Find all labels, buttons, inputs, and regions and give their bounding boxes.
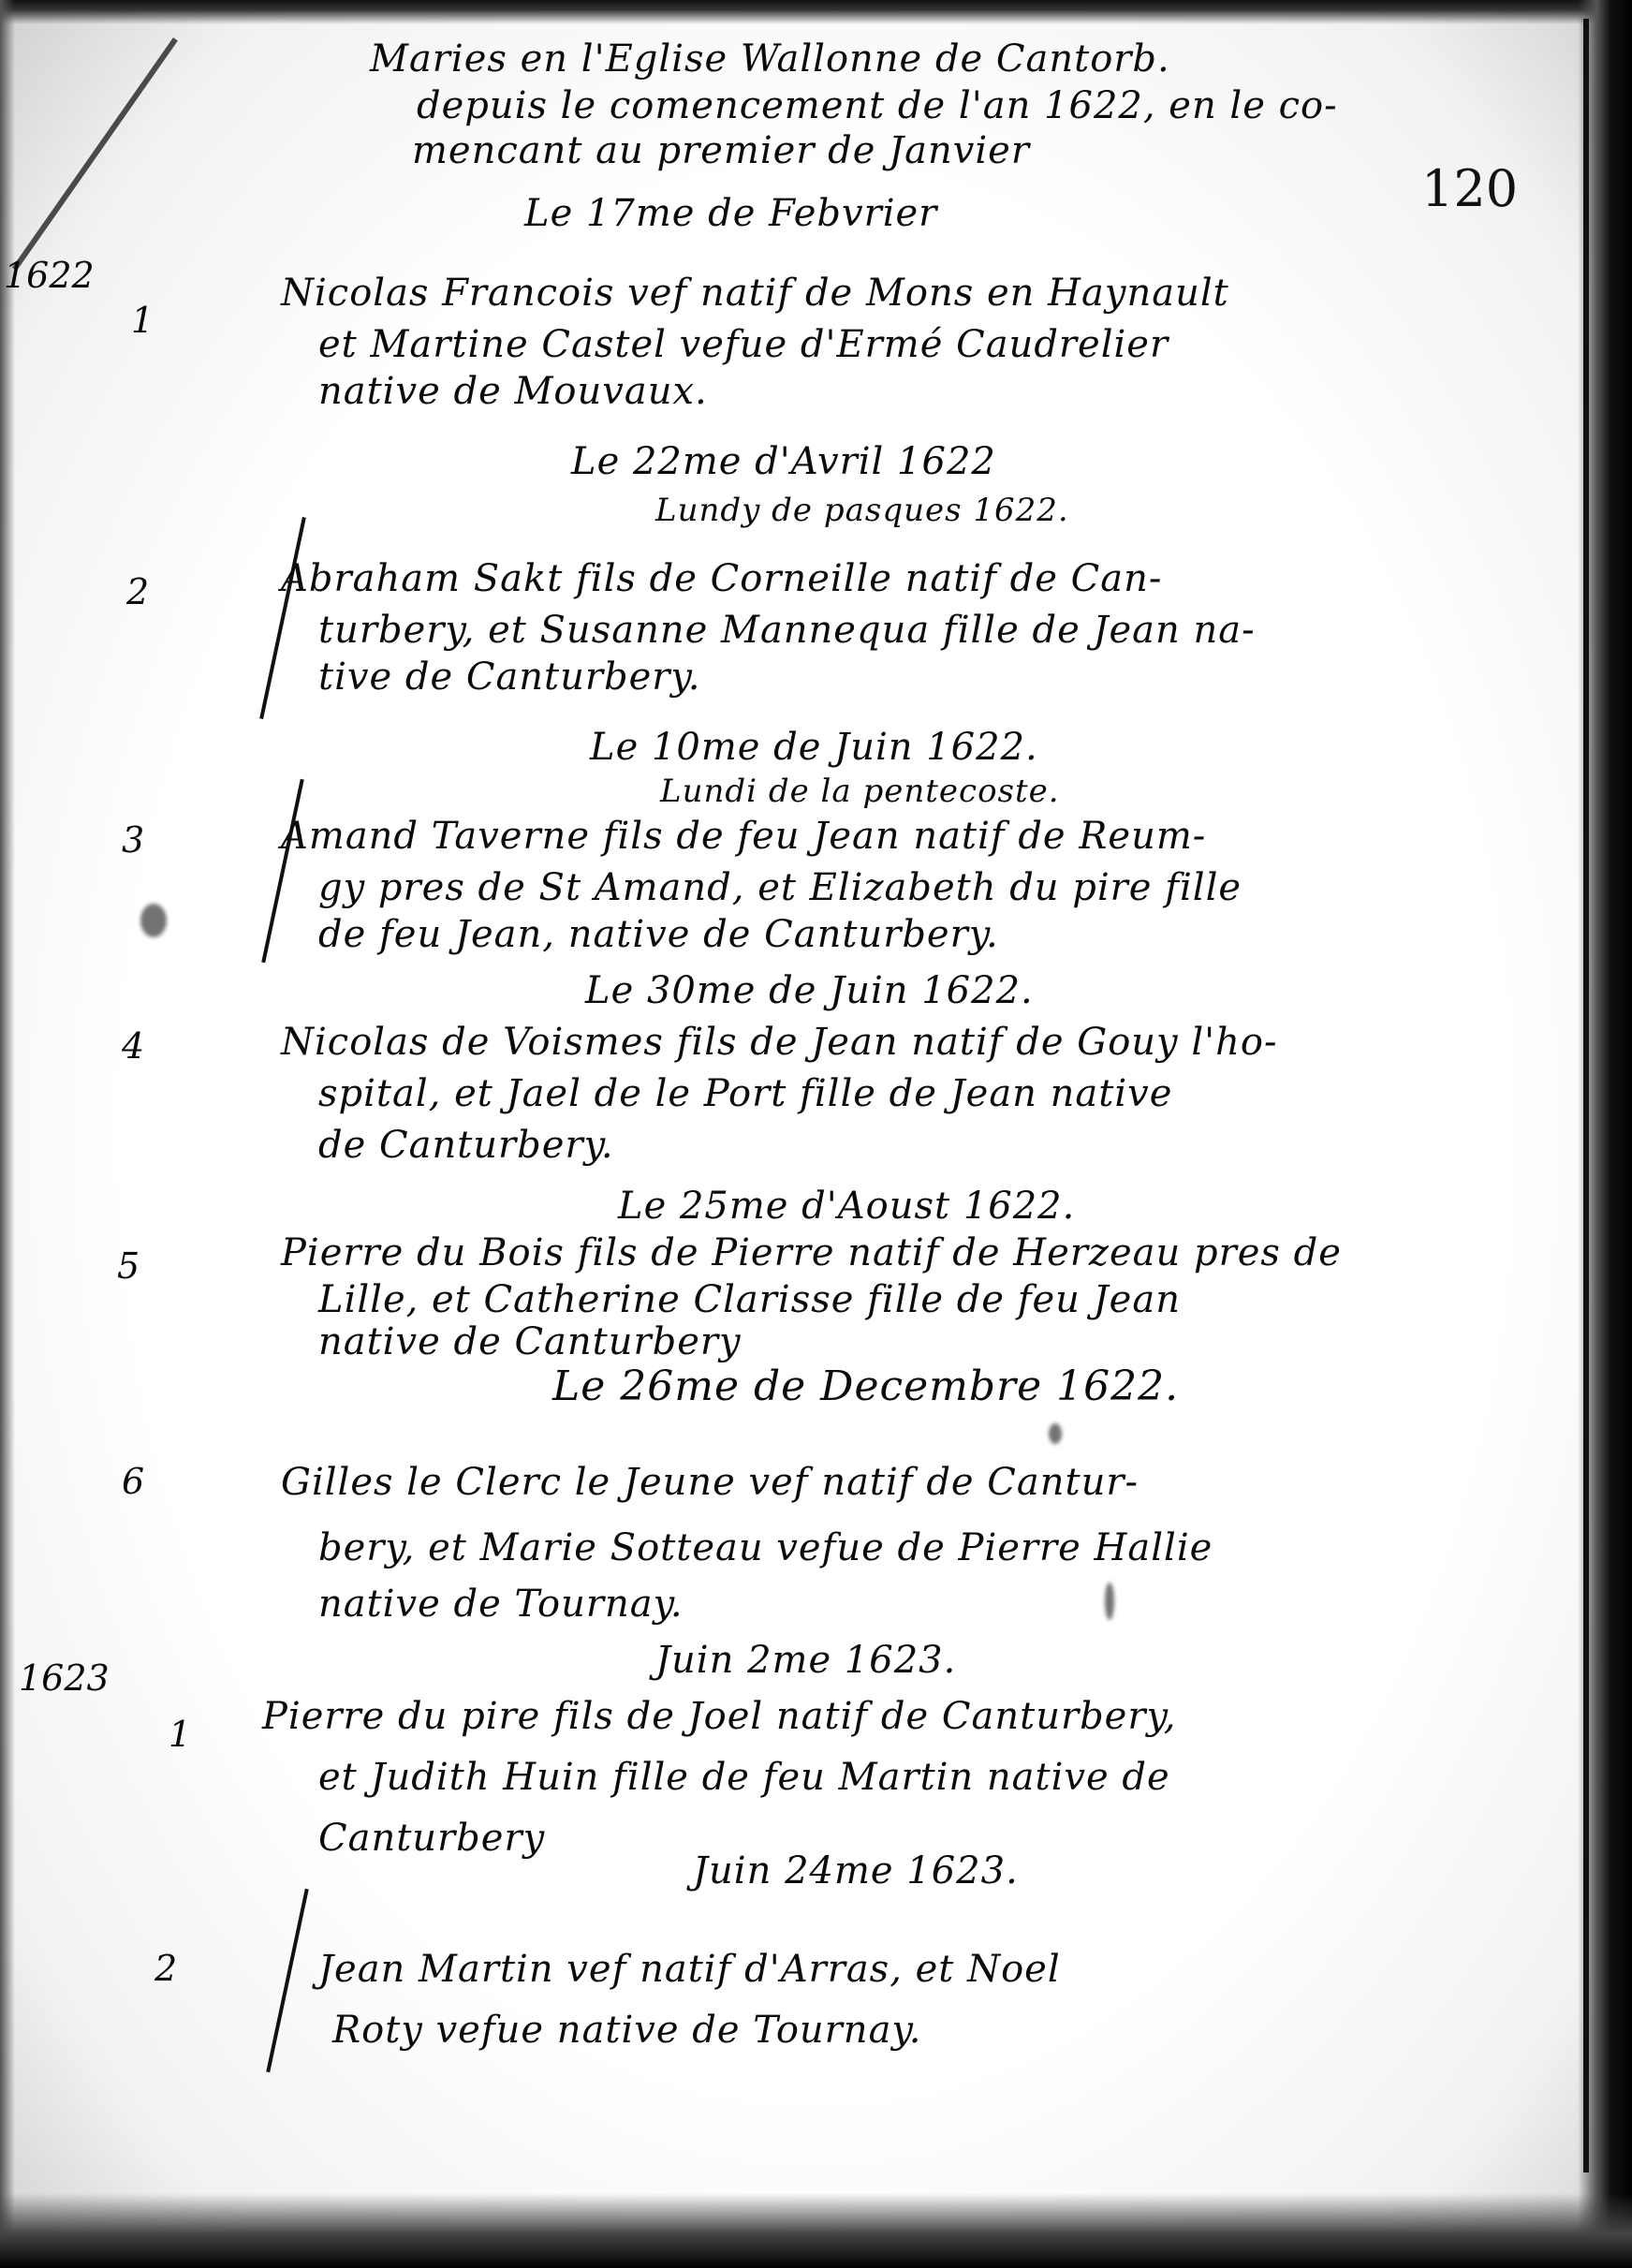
- entry-date-subtitle: Lundy de pasques 1622.: [655, 492, 1069, 529]
- entry-line: tive de Canturbery.: [318, 655, 700, 699]
- entry-line: et Martine Castel vefue d'Ermé Caudrelie…: [318, 323, 1169, 366]
- entry-line: Nicolas de Voismes fils de Jean natif de…: [281, 1021, 1278, 1064]
- entry-date: Le 22me d'Avril 1622: [571, 440, 996, 483]
- entry-line: native de Mouvaux.: [318, 370, 708, 413]
- ink-blot: [1105, 1583, 1114, 1620]
- manuscript-page: 120 Maries en l'Eglise Wallonne de Canto…: [0, 0, 1632, 2268]
- binding-line: [1583, 19, 1589, 2172]
- entry-line: Amand Taverne fils de feu Jean natif de …: [281, 815, 1206, 858]
- entry-date: Juin 2me 1623.: [655, 1639, 956, 1682]
- entry-line: Canturbery: [318, 1817, 545, 1860]
- folio-number: 120: [1421, 159, 1518, 218]
- entry-line: Nicolas Francois vef natif de Mons en Ha…: [281, 272, 1229, 315]
- entry-line: Pierre du pire fils de Joel natif de Can…: [262, 1695, 1176, 1738]
- decorative-pen-stroke: [12, 37, 178, 271]
- heading-line-2: depuis le comencement de l'an 1622, en l…: [417, 84, 1338, 127]
- entry-number: 1: [131, 300, 154, 341]
- entry-line: Jean Martin vef natif d'Arras, et Noel: [318, 1948, 1061, 1991]
- scan-edge-bottom: [0, 2193, 1632, 2268]
- entry-number: 4: [122, 1025, 144, 1067]
- entry-line: Roty vefue native de Tournay.: [332, 2009, 921, 2052]
- margin-year: 1623: [19, 1657, 110, 1699]
- entry-date: Le 26me de Decembre 1622.: [552, 1362, 1179, 1410]
- entry-line: et Judith Huin fille de feu Martin nativ…: [318, 1756, 1170, 1799]
- entry-number: 1: [169, 1714, 191, 1755]
- entry-line: native de Canturbery: [318, 1320, 742, 1363]
- scan-edge-top: [0, 0, 1632, 24]
- entry-line: native de Tournay.: [318, 1583, 684, 1626]
- heading-line-1: Maries en l'Eglise Wallonne de Cantorb.: [370, 37, 1170, 81]
- entry-line: Gilles le Clerc le Jeune vef natif de Ca…: [281, 1461, 1139, 1504]
- entry-line: bery, et Marie Sotteau vefue de Pierre H…: [318, 1526, 1213, 1569]
- entry-bracket: [266, 1889, 308, 2072]
- entry-date: Le 25me d'Aoust 1622.: [618, 1185, 1075, 1228]
- entry-date: Le 30me de Juin 1622.: [585, 969, 1034, 1012]
- entry-bracket: [261, 779, 303, 963]
- margin-year: 1622: [4, 255, 95, 296]
- entry-number: 5: [117, 1245, 140, 1287]
- entry-line: gy pres de St Amand, et Elizabeth du pir…: [318, 866, 1242, 909]
- entry-number: 2: [154, 1948, 177, 1989]
- entry-date: Le 17me de Febvrier: [524, 192, 937, 235]
- scan-edge-left: [0, 0, 15, 2268]
- entry-line: Pierre du Bois fils de Pierre natif de H…: [281, 1231, 1342, 1274]
- entry-number: 2: [126, 571, 149, 612]
- ink-blot: [1049, 1423, 1062, 1444]
- entry-number: 3: [122, 819, 144, 861]
- entry-line: Lille, et Catherine Clarisse fille de fe…: [318, 1278, 1181, 1321]
- entry-line: de feu Jean, native de Canturbery.: [318, 913, 999, 956]
- entry-date: Juin 24me 1623.: [693, 1849, 1019, 1892]
- entry-number: 6: [122, 1461, 144, 1502]
- entry-date-subtitle: Lundi de la pentecoste.: [660, 773, 1060, 810]
- entry-date: Le 10me de Juin 1622.: [590, 726, 1038, 769]
- ink-blot: [140, 904, 167, 937]
- heading-line-3: mencant au premier de Janvier: [412, 129, 1030, 172]
- entry-line: de Canturbery.: [318, 1124, 614, 1167]
- entry-line: Abraham Sakt fils de Corneille natif de …: [281, 557, 1162, 600]
- entry-line: turbery, et Susanne Mannequa fille de Je…: [318, 609, 1256, 652]
- entry-line: spital, et Jael de le Port fille de Jean…: [318, 1072, 1172, 1115]
- entry-bracket: [259, 517, 306, 719]
